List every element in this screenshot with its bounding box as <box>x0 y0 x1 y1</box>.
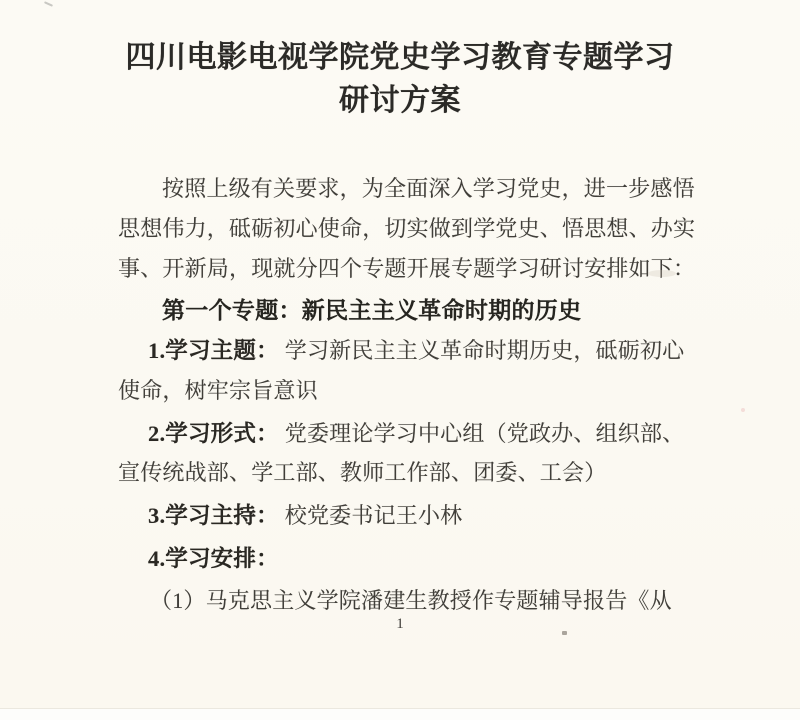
document-title-line-1: 四川电影电视学院党史学习教育专题学习 <box>0 36 800 79</box>
topic-1-heading: 第一个专题：新民主主义革命时期的历史 <box>162 295 581 325</box>
intro-paragraph-line-3: 事、开新局，现就分四个专题开展专题学习研讨安排如下： <box>118 254 695 284</box>
intro-paragraph-line-1: 按照上级有关要求，为全面深入学习党史，进一步感悟 <box>162 174 695 204</box>
topic-1-item-2-text: 党委理论学习中心组（党政办、组织部、 <box>285 421 685 446</box>
scanner-bottom-edge <box>0 708 800 720</box>
topic-1-item-1-line-2: 使命，树牢宗旨意识 <box>118 376 318 406</box>
topic-1-item-4-label: 4.学习安排： <box>148 546 285 571</box>
scan-speck-pink <box>741 408 745 412</box>
intro-paragraph-line-2: 思想伟力，砥砺初心使命，切实做到学党史、悟思想、办实 <box>118 214 695 244</box>
topic-1-item-1-line-1: 1.学习主题：学习新民主主义革命时期历史，砥砺初心 <box>148 336 684 366</box>
scan-mark-near-page-number <box>562 631 567 635</box>
topic-1-arrangement-1-line: （1）马克思主义学院潘建生教授作专题辅导报告《从 <box>150 586 672 616</box>
topic-1-item-3-text: 校党委书记王小林 <box>285 503 463 528</box>
topic-1-item-1-text: 学习新民主主义革命时期历史，砥砺初心 <box>285 338 685 363</box>
topic-1-item-2-line-1: 2.学习形式：党委理论学习中心组（党政办、组织部、 <box>148 419 684 449</box>
page-number: 1 <box>388 616 412 633</box>
topic-1-item-2-line-2: 宣传统战部、学工部、教师工作部、团委、工会） <box>118 458 606 488</box>
document-title: 四川电影电视学院党史学习教育专题学习 研讨方案 <box>0 36 800 122</box>
topic-1-item-3-label: 3.学习主持： <box>148 503 285 528</box>
topic-1-item-1-label: 1.学习主题： <box>148 338 285 363</box>
topic-1-item-4-line: 4.学习安排： <box>148 544 285 574</box>
topic-1-item-3-line: 3.学习主持：校党委书记王小林 <box>148 501 462 531</box>
topic-1-item-2-label: 2.学习形式： <box>148 421 285 446</box>
document-title-line-2: 研讨方案 <box>0 79 800 122</box>
scan-speck-top-left <box>44 1 53 6</box>
scanned-document-page: 四川电影电视学院党史学习教育专题学习 研讨方案 按照上级有关要求，为全面深入学习… <box>0 0 800 720</box>
